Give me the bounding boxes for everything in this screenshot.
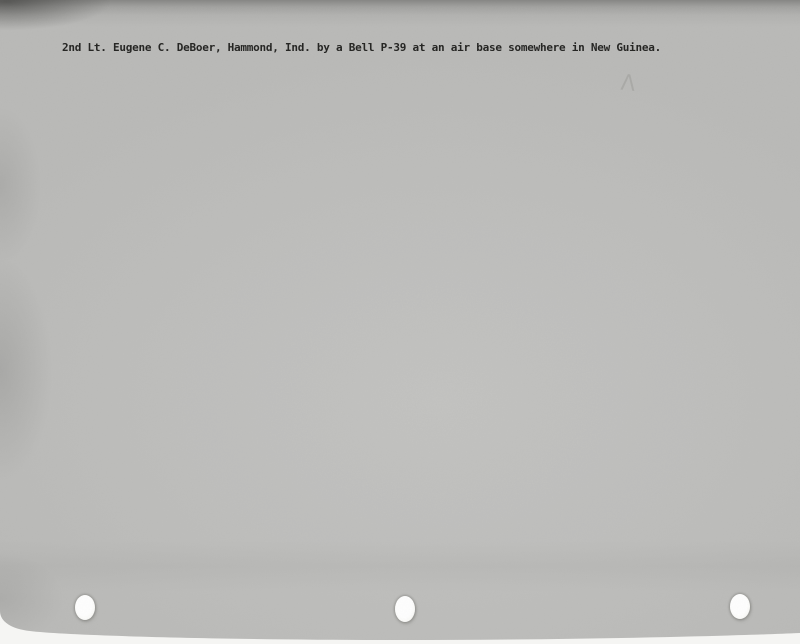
- scanned-page: 2nd Lt. Eugene C. DeBoer, Hammond, Ind. …: [0, 0, 800, 644]
- punch-hole-left: [75, 595, 95, 620]
- punch-hole-center: [395, 596, 415, 622]
- paper-sheet: 2nd Lt. Eugene C. DeBoer, Hammond, Ind. …: [0, 0, 800, 644]
- pencil-mark: Λ: [620, 70, 637, 97]
- paper-grain-texture: [0, 0, 800, 644]
- caption-text: 2nd Lt. Eugene C. DeBoer, Hammond, Ind. …: [62, 42, 702, 54]
- punch-hole-right: [730, 594, 750, 619]
